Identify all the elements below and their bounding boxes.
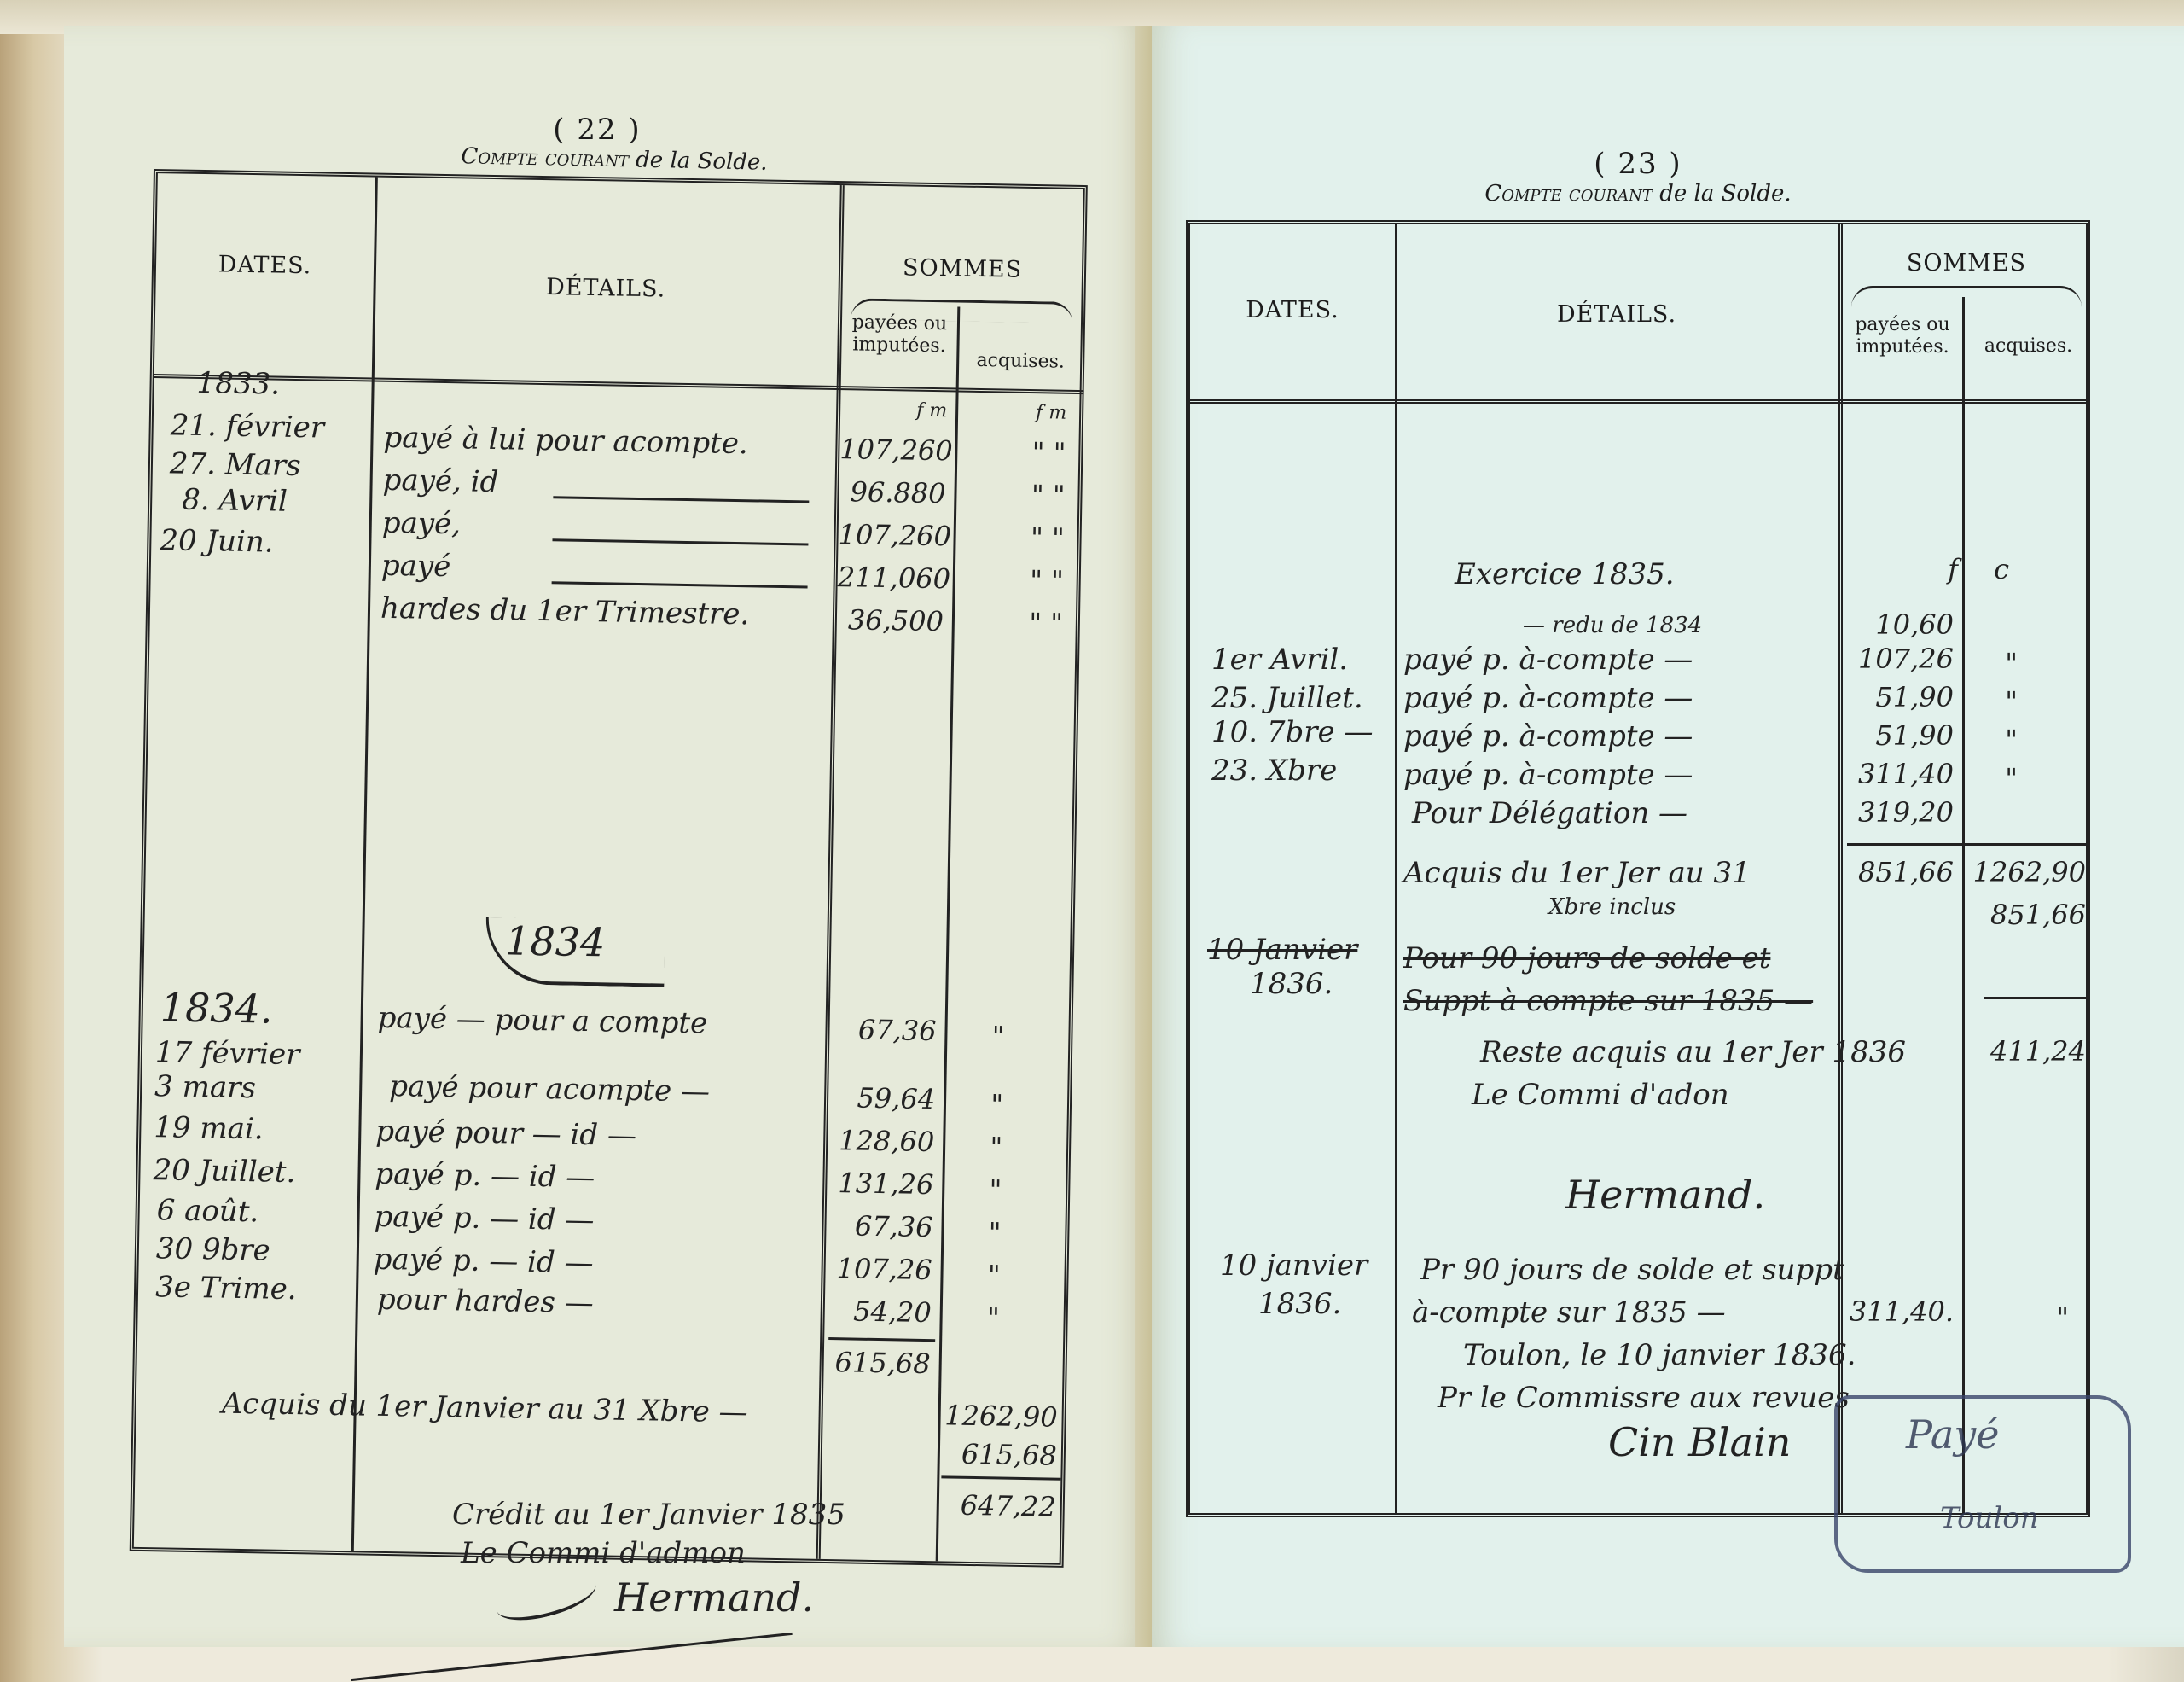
payees-amount: 67,36 [826, 1209, 933, 1243]
acquises-amount: " [948, 1301, 1000, 1334]
signature: Hermand. [1565, 1172, 1765, 1218]
header-details: DÉTAILS. [373, 271, 838, 306]
detail: payé pour acompte — [389, 1069, 710, 1109]
date: 19 mai. [154, 1110, 264, 1146]
acquis-payees: 851,66 [1843, 856, 1954, 888]
reste-label: Reste acquis au 1er Jer 1836 [1480, 1035, 1906, 1069]
col-divider-sommes [1962, 297, 1965, 1513]
detail: hardes du 1er Trimestre. [380, 591, 750, 632]
header-brace [1851, 286, 2082, 307]
detail: à-compte sur 1835 — [1412, 1295, 1726, 1330]
balance-rule [1984, 997, 2086, 999]
detail: payé [381, 549, 451, 584]
payees-amount: 51,90 [1843, 681, 1954, 713]
place-date: Toulon, le 10 janvier 1836. [1463, 1338, 1856, 1372]
acquis-label-2: Xbre inclus [1548, 894, 1676, 920]
commissaire-name: Cin Blain [1608, 1419, 1791, 1465]
header-payees: payées ou imputées. [1843, 314, 1962, 358]
dash-line [553, 496, 809, 503]
header-acquises: acquises. [961, 350, 1080, 374]
detail: payé, id [382, 463, 498, 499]
payees-amount: 67,36 [829, 1013, 937, 1047]
detail: payé p. — id — [374, 1200, 594, 1237]
header-rule [154, 374, 1084, 394]
stamp-text-2: Toulon [1940, 1501, 2039, 1535]
reste-detail: — redu de 1834 [1523, 613, 1702, 638]
commis-label: Le Commi d'adon [1472, 1078, 1729, 1112]
detail: payé p. à-compte — [1403, 643, 1693, 677]
header-payees: payées ou imputées. [841, 311, 957, 358]
left-page-number: ( 22 ) [512, 113, 682, 147]
payees-amount: 319,20 [1843, 796, 1954, 829]
dash-line [552, 538, 808, 545]
payees-amount: 311,40. [1843, 1295, 1954, 1328]
detail: Pour Délégation — [1412, 796, 1687, 830]
date: 30 9bre [156, 1231, 271, 1267]
date: 23. Xbre [1211, 754, 1337, 788]
detail: payé p. à-compte — [1403, 719, 1693, 754]
acquis-value: 1262,90 [942, 1399, 1058, 1433]
paid-stamp: Payé Toulon [1834, 1395, 2131, 1573]
payees-amount: 10,60 [1843, 608, 1954, 641]
date: 6 août. [156, 1193, 258, 1229]
date: 10. 7bre — [1211, 715, 1373, 749]
payees-amount: 107,26 [825, 1252, 932, 1286]
date: 25. Juillet. [1211, 681, 1363, 715]
detail: payé pour — id — [375, 1115, 636, 1153]
acquises-amount: " " [961, 606, 1064, 640]
detail: payé — pour a compte [377, 1001, 707, 1041]
acquises-amount: " " [961, 521, 1065, 555]
date: 20 Juillet. [153, 1153, 295, 1190]
acquises-amount: " [953, 1020, 1005, 1053]
col-divider-dates [351, 178, 378, 1551]
acquis-value: 1262,90 [1966, 856, 2086, 888]
detail: payé, [381, 506, 461, 542]
payees-amount: 131,26 [827, 1167, 934, 1201]
unit-mark: c [1975, 553, 2009, 585]
struck-detail-2: Suppt à compte sur 1835 — [1403, 984, 1813, 1018]
credit-value: 647,22 [940, 1488, 1056, 1522]
right-ledger-table: DATES. DÉTAILS. SOMMES payées ou imputée… [1186, 220, 2090, 1517]
detail: pour hardes — [377, 1283, 594, 1320]
payees-amount: 128,60 [828, 1124, 935, 1158]
acquises-amount: " [1984, 685, 2018, 718]
payees-amount: 211,060 [837, 561, 944, 595]
year-1834-heading: 1834 [485, 917, 665, 987]
header-rule [1190, 399, 2090, 404]
subtotal-rule [1847, 843, 2086, 846]
header-sommes: SOMMES [1843, 250, 2090, 276]
payees-amount: 59,64 [828, 1081, 936, 1115]
stamp-text: Payé [1906, 1411, 2000, 1458]
detail: payé à lui pour acompte. [383, 421, 748, 461]
payees-amount: 107,260 [838, 518, 945, 552]
credit-label: Crédit au 1er Janvier 1835 [452, 1498, 845, 1532]
acquises-amount: " " [963, 435, 1066, 469]
right-page-number: ( 23 ) [1553, 147, 1723, 181]
commissaire-label: Pr le Commissre aux revues [1438, 1381, 1850, 1415]
signature-title: Le Commi d'admon [461, 1536, 746, 1570]
right-page-title: Compte courant de la Solde. [1399, 181, 1877, 207]
payees-amount: 36,500 [837, 603, 944, 637]
acquis-minus: 851,66 [1966, 899, 2086, 931]
date: 10 janvier [1220, 1248, 1368, 1283]
acquises-amount: " [1984, 647, 2018, 679]
acquis-label: Acquis du 1er Jer au 31 [1403, 856, 1751, 890]
acquises-amount: " " [961, 563, 1064, 597]
acquises-amount: " [1984, 762, 2018, 794]
struck-detail-1: Pour 90 jours de solde et [1403, 941, 1770, 975]
detail: Pr 90 jours de solde et suppt [1420, 1253, 1844, 1287]
year-1834: 1834. [160, 984, 273, 1032]
date: 3e Trime. [155, 1270, 297, 1307]
acquises-amount: " [950, 1215, 1002, 1248]
header-acquises: acquises. [1966, 335, 2090, 358]
detail: payé p. — id — [375, 1157, 595, 1195]
acquises-amount: " [950, 1173, 1002, 1206]
date: 3 mars [154, 1069, 256, 1105]
acquises-amount: " [1984, 724, 2018, 756]
detail: payé p. à-compte — [1403, 681, 1693, 715]
payees-amount: 107,26 [1843, 643, 1954, 675]
struck-year: 1836. [1250, 967, 1333, 1001]
credit-rule [941, 1475, 1060, 1480]
acquis-label: Acquis du 1er Janvier au 31 Xbre — [221, 1387, 748, 1430]
signature: Hermand. [614, 1574, 814, 1621]
year-1833: 1833. [196, 366, 280, 402]
unit-mark: f [1932, 553, 1958, 585]
date: 8. Avril [182, 483, 288, 519]
header-dates: DATES. [1190, 297, 1395, 323]
total-payees: 615,68 [823, 1346, 931, 1380]
header-details: DÉTAILS. [1395, 301, 1838, 328]
date: 17 février [155, 1035, 300, 1072]
acquises-amount: " [949, 1258, 1001, 1291]
date: 21. février [170, 408, 324, 445]
payees-amount: 107,260 [839, 433, 947, 467]
header-dates: DATES. [156, 250, 375, 280]
col-divider-dates [1395, 224, 1397, 1513]
payees-amount: 311,40 [1843, 758, 1954, 790]
date: 20 Juin. [160, 523, 274, 559]
dash-line [552, 581, 808, 588]
reste-value: 411,24 [1966, 1035, 2086, 1068]
unit-mark: f m [964, 401, 1066, 424]
date: 1er Avril. [1211, 643, 1348, 677]
acquises-amount: " [952, 1088, 1004, 1121]
acquises-amount: " [2035, 1301, 2069, 1334]
struck-date: 10 Janvier [1207, 933, 1357, 967]
unit-mark: f m [845, 399, 947, 422]
acquis-minus: 615,68 [942, 1437, 1058, 1471]
header-sommes: SOMMES [843, 253, 1082, 284]
exercice-heading: Exercice 1835. [1455, 557, 1675, 591]
payees-amount: 54,20 [824, 1295, 932, 1329]
left-ledger-table: DATES. DÉTAILS. SOMMES payées ou imputée… [130, 169, 1088, 1568]
total-rule [828, 1337, 935, 1342]
date: 1836. [1258, 1287, 1341, 1321]
detail: payé p. à-compte — [1403, 758, 1693, 792]
detail: payé p. — id — [373, 1243, 593, 1280]
payees-amount: 96.880 [839, 475, 946, 509]
acquises-amount: " " [962, 478, 1066, 512]
payees-amount: 51,90 [1843, 719, 1954, 752]
acquises-amount: " [951, 1130, 1003, 1163]
date: 27. Mars [170, 446, 301, 483]
